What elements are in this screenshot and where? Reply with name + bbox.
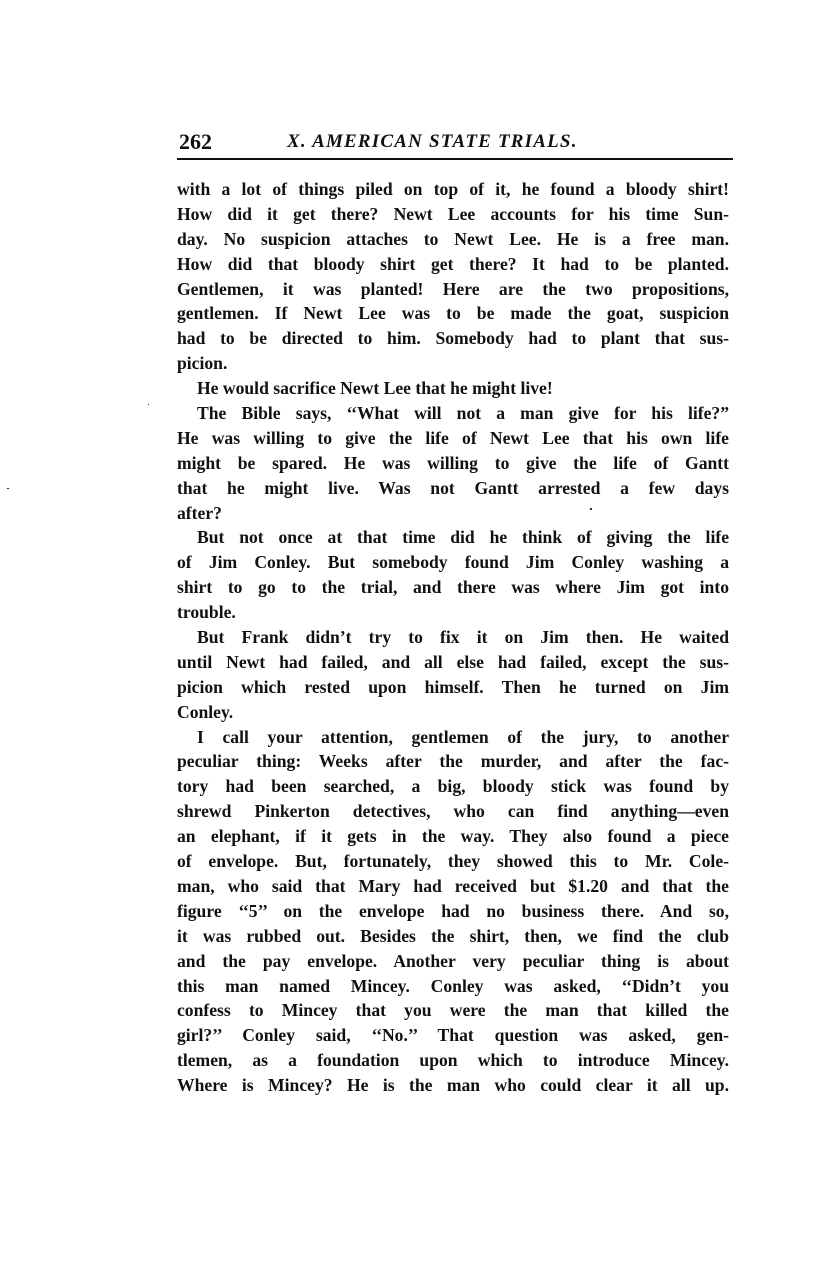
text-line: How did that bloody shirt get there? It … — [177, 252, 729, 277]
text-line: The Bible says, ‘‘What will not a man gi… — [177, 401, 729, 426]
running-head: 262 X. AMERICAN STATE TRIALS. — [177, 128, 729, 156]
text-line: tlemen, as a foundation upon which to in… — [177, 1048, 729, 1073]
text-line: might be spared. He was willing to give … — [177, 451, 729, 476]
scan-speck — [590, 508, 592, 510]
scan-speck — [148, 404, 149, 405]
text-line: He would sacrifice Newt Lee that he migh… — [177, 376, 729, 401]
body-text: with a lot of things piled on top of it,… — [177, 177, 729, 1098]
text-line: until Newt had failed, and all else had … — [177, 650, 729, 675]
text-line: of Jim Conley. But somebody found Jim Co… — [177, 550, 729, 575]
text-line: that he might live. Was not Gantt arrest… — [177, 476, 729, 501]
scan-speck — [7, 488, 9, 489]
paragraph: But Frank didn’t try to fix it on Jim th… — [177, 625, 729, 725]
text-line: man, who said that Mary had received but… — [177, 874, 729, 899]
text-line: He was willing to give the life of Newt … — [177, 426, 729, 451]
text-line: But not once at that time did he think o… — [177, 525, 729, 550]
paragraph: I call your attention, gentlemen of the … — [177, 725, 729, 1098]
text-line: figure ‘‘5’’ on the envelope had no busi… — [177, 899, 729, 924]
text-line: and the pay envelope. Another very pecul… — [177, 949, 729, 974]
text-line: Gentlemen, it was planted! Here are the … — [177, 277, 729, 302]
text-line: day. No suspicion attaches to Newt Lee. … — [177, 227, 729, 252]
text-line: confess to Mincey that you were the man … — [177, 998, 729, 1023]
text-line: Where is Mincey? He is the man who could… — [177, 1073, 729, 1098]
header-rule — [177, 158, 733, 160]
book-page: 262 X. AMERICAN STATE TRIALS. with a lot… — [177, 128, 729, 156]
text-line: an elephant, if it gets in the way. They… — [177, 824, 729, 849]
text-line: shirt to go to the trial, and there was … — [177, 575, 729, 600]
text-line: after? — [177, 501, 729, 526]
text-line: But Frank didn’t try to fix it on Jim th… — [177, 625, 729, 650]
text-line: with a lot of things piled on top of it,… — [177, 177, 729, 202]
text-line: trouble. — [177, 600, 729, 625]
text-line: I call your attention, gentlemen of the … — [177, 725, 729, 750]
paragraph: He would sacrifice Newt Lee that he migh… — [177, 376, 729, 401]
text-line: shrewd Pinkerton detectives, who can fin… — [177, 799, 729, 824]
text-line: picion. — [177, 351, 729, 376]
text-line: had to be directed to him. Somebody had … — [177, 326, 729, 351]
text-line: picion which rested upon himself. Then h… — [177, 675, 729, 700]
text-line: it was rubbed out. Besides the shirt, th… — [177, 924, 729, 949]
text-line: of envelope. But, fortunately, they show… — [177, 849, 729, 874]
text-line: peculiar thing: Weeks after the murder, … — [177, 749, 729, 774]
page-number: 262 — [179, 128, 212, 156]
text-line: How did it get there? Newt Lee accounts … — [177, 202, 729, 227]
paragraph: The Bible says, ‘‘What will not a man gi… — [177, 401, 729, 525]
text-line: tory had been searched, a big, bloody st… — [177, 774, 729, 799]
text-line: this man named Mincey. Conley was asked,… — [177, 974, 729, 999]
paragraph: with a lot of things piled on top of it,… — [177, 177, 729, 376]
running-title: X. AMERICAN STATE TRIALS. — [287, 128, 578, 156]
text-line: Conley. — [177, 700, 729, 725]
text-line: girl?’’ Conley said, ‘‘No.’’ That questi… — [177, 1023, 729, 1048]
text-line: gentlemen. If Newt Lee was to be made th… — [177, 301, 729, 326]
paragraph: But not once at that time did he think o… — [177, 525, 729, 625]
